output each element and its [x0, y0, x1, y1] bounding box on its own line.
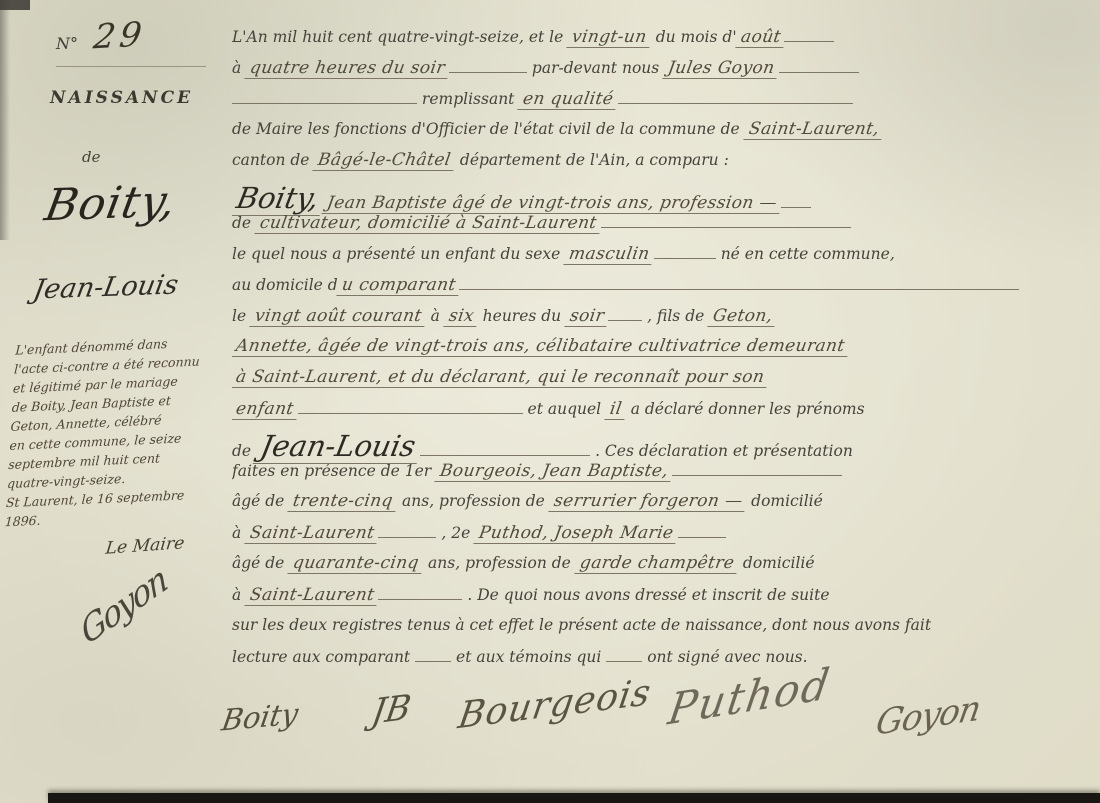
scan-bottom-edge — [48, 793, 1100, 803]
printed-text: et auquel — [523, 400, 606, 418]
printed-text: remplissant — [417, 90, 519, 108]
body-line: au domicile du comparant — [232, 274, 1084, 305]
printed-text: département de l'Ain, a comparu : — [455, 151, 729, 169]
blank-rule — [449, 57, 527, 73]
blank-rule — [298, 398, 523, 414]
body-line: âgé de quarante-cinq ans, profession de … — [232, 553, 1084, 584]
signature-jb: JB — [369, 687, 414, 733]
body-line: de Maire les fonctions d'Officier de l'é… — [232, 119, 1084, 150]
printed-text: . De quoi nous avons dressé et inscrit d… — [462, 586, 829, 604]
printed-text: L'An mil huit cent quatre-vingt-seize, e… — [232, 28, 568, 46]
printed-text: . Ces déclaration et présentation — [590, 442, 853, 460]
signature-boity: Boity — [219, 696, 300, 737]
body-line: à Saint-Laurent, et du déclarant, qui le… — [232, 367, 1084, 398]
body-line: Annette, âgée de vingt-trois ans, céliba… — [232, 336, 1084, 367]
blank-rule — [779, 57, 859, 73]
act-number-label: N° — [56, 34, 78, 53]
signature-goyon: Goyon — [873, 688, 984, 744]
child-given-name: Jean-Louis — [31, 270, 181, 306]
body-line: le quel nous a présenté un enfant du sex… — [232, 243, 1084, 274]
signature-bourgeois: Bourgeois — [455, 672, 654, 738]
handwritten-entry: six — [443, 306, 479, 327]
blank-rule — [672, 460, 842, 476]
handwritten-entry: il — [604, 399, 627, 420]
body-lines: L'An mil huit cent quatre-vingt-seize, e… — [232, 26, 1084, 677]
blank-rule — [232, 88, 417, 104]
handwritten-entry: quarante-cinq — [288, 553, 425, 574]
handwritten-entry: quatre heures du soir — [245, 58, 451, 79]
handwritten-entry: Geton, — [708, 306, 779, 327]
body-line: canton de Bâgé-le-Châtel département de … — [232, 150, 1084, 181]
blank-rule — [459, 274, 1019, 290]
printed-text: ans, profession de — [397, 492, 550, 510]
blank-rule — [378, 522, 436, 538]
act-number: 29 — [91, 15, 148, 58]
act-type-de: de — [82, 148, 100, 166]
body-line: faites en présence de 1er Bourgeois, Jea… — [232, 460, 1084, 491]
handwritten-entry: Jean-Louis — [253, 429, 424, 464]
body-line: de Jean-Louis . Ces déclaration et prése… — [232, 429, 1084, 460]
handwritten-entry: en qualité — [518, 89, 619, 110]
handwritten-entry: u comparant — [336, 275, 461, 296]
blank-rule — [606, 646, 642, 662]
printed-text: âgé de — [232, 554, 289, 572]
handwritten-entry: serrurier forgeron — — [548, 491, 748, 512]
handwritten-entry: enfant — [232, 399, 299, 420]
handwritten-entry: Saint-Laurent, — [743, 119, 884, 140]
maire-signature: Goyon — [76, 558, 171, 654]
blank-rule — [678, 522, 726, 538]
body-line: de cultivateur, domicilié à Saint-Lauren… — [232, 212, 1084, 243]
handwritten-entry: à Saint-Laurent, et du déclarant, qui le… — [232, 367, 770, 388]
printed-text: sur les deux registres tenus à cet effet… — [232, 616, 931, 634]
handwritten-entry: cultivateur, domicilié à Saint-Laurent — [254, 213, 602, 234]
body-line: à Saint-Laurent , 2e Puthod, Joseph Mari… — [232, 522, 1084, 553]
act-number-rule — [56, 66, 206, 67]
body-line: Boity, Jean Baptiste âgé de vingt-trois … — [232, 181, 1084, 212]
blank-rule — [415, 646, 451, 662]
blank-rule — [378, 584, 462, 600]
body-line: à quatre heures du soir par-devant nous … — [232, 57, 1084, 88]
printed-text: au domicile d — [232, 276, 338, 294]
printed-text: à — [426, 307, 445, 325]
handwritten-entry: Jules Goyon — [662, 58, 780, 79]
handwritten-entry: Boity, — [232, 181, 327, 216]
printed-text: le — [232, 307, 251, 325]
margin-column: N° 29 NAISSANCE de Boity, Jean-Louis L'e… — [0, 0, 232, 803]
handwritten-entry: août — [735, 27, 786, 48]
handwritten-entry: masculin — [564, 244, 656, 265]
body-line: à Saint-Laurent . De quoi nous avons dre… — [232, 584, 1084, 615]
body-line: remplissant en qualité — [232, 88, 1084, 119]
birth-record-scan: N° 29 NAISSANCE de Boity, Jean-Louis L'e… — [0, 0, 1100, 803]
blank-rule — [781, 192, 811, 208]
printed-text: de — [232, 214, 256, 232]
handwritten-entry: vingt-un — [567, 27, 653, 48]
handwritten-entry: Bourgeois, Jean Baptiste, — [434, 461, 673, 482]
printed-text: domicilié — [738, 554, 815, 572]
body-line: enfant et auquel il a déclaré donner les… — [232, 398, 1084, 429]
blank-rule — [420, 440, 590, 456]
le-maire-label: Le Maire — [105, 533, 186, 558]
printed-text: ont signé avec nous. — [642, 648, 807, 666]
handwritten-entry: Saint-Laurent — [245, 523, 381, 544]
printed-text: heures du — [478, 307, 566, 325]
blank-rule — [618, 88, 853, 104]
handwritten-entry: vingt août courant — [249, 306, 427, 327]
act-type-heading: NAISSANCE — [50, 88, 193, 108]
legitimation-margin-note: L'enfant dénommé dans l'acte ci-contre a… — [4, 331, 240, 532]
handwritten-entry: Saint-Laurent — [245, 585, 381, 606]
printed-text: , 2e — [436, 524, 475, 542]
printed-text: né en cette commune, — [716, 245, 895, 263]
printed-text: canton de — [232, 151, 314, 169]
blank-rule — [654, 243, 716, 259]
handwritten-entry: Jean Baptiste âgé de vingt-trois ans, pr… — [322, 193, 783, 214]
handwritten-entry: Bâgé-le-Châtel — [313, 150, 457, 171]
body-line: âgé de trente-cinq ans, profession de se… — [232, 491, 1084, 522]
handwritten-entry: garde champêtre — [574, 553, 740, 574]
printed-text: de Maire les fonctions d'Officier de l'é… — [232, 120, 745, 138]
child-surname: Boity, — [41, 176, 181, 231]
printed-text: par-devant nous — [527, 59, 664, 77]
handwritten-entry: Puthod, Joseph Marie — [474, 523, 680, 544]
printed-text: du mois d' — [651, 28, 737, 46]
handwritten-entry: Annette, âgée de vingt-trois ans, céliba… — [232, 336, 850, 357]
handwritten-entry: soir — [564, 306, 609, 327]
printed-text: âgé de — [232, 492, 289, 510]
handwritten-entry: trente-cinq — [288, 491, 399, 512]
blank-rule — [601, 212, 851, 228]
printed-text: et aux témoins qui — [451, 648, 606, 666]
body-line: lecture aux comparant et aux témoins qui… — [232, 646, 1084, 677]
printed-text: ans, profession de — [423, 554, 576, 572]
blank-rule — [608, 305, 642, 321]
printed-text: a déclaré donner les prénoms — [626, 400, 865, 418]
printed-text: domicilié — [746, 492, 823, 510]
printed-text: lecture aux comparant — [232, 648, 415, 666]
body-line: L'An mil huit cent quatre-vingt-seize, e… — [232, 26, 1084, 57]
printed-text: de — [232, 442, 256, 460]
blank-rule — [784, 26, 834, 42]
printed-text: le quel nous a présenté un enfant du sex… — [232, 245, 565, 263]
printed-text: , fils de — [642, 307, 709, 325]
printed-text: faites en présence de 1er — [232, 462, 436, 480]
body-line: sur les deux registres tenus à cet effet… — [232, 615, 1084, 646]
body-line: le vingt août courant à six heures du so… — [232, 305, 1084, 336]
